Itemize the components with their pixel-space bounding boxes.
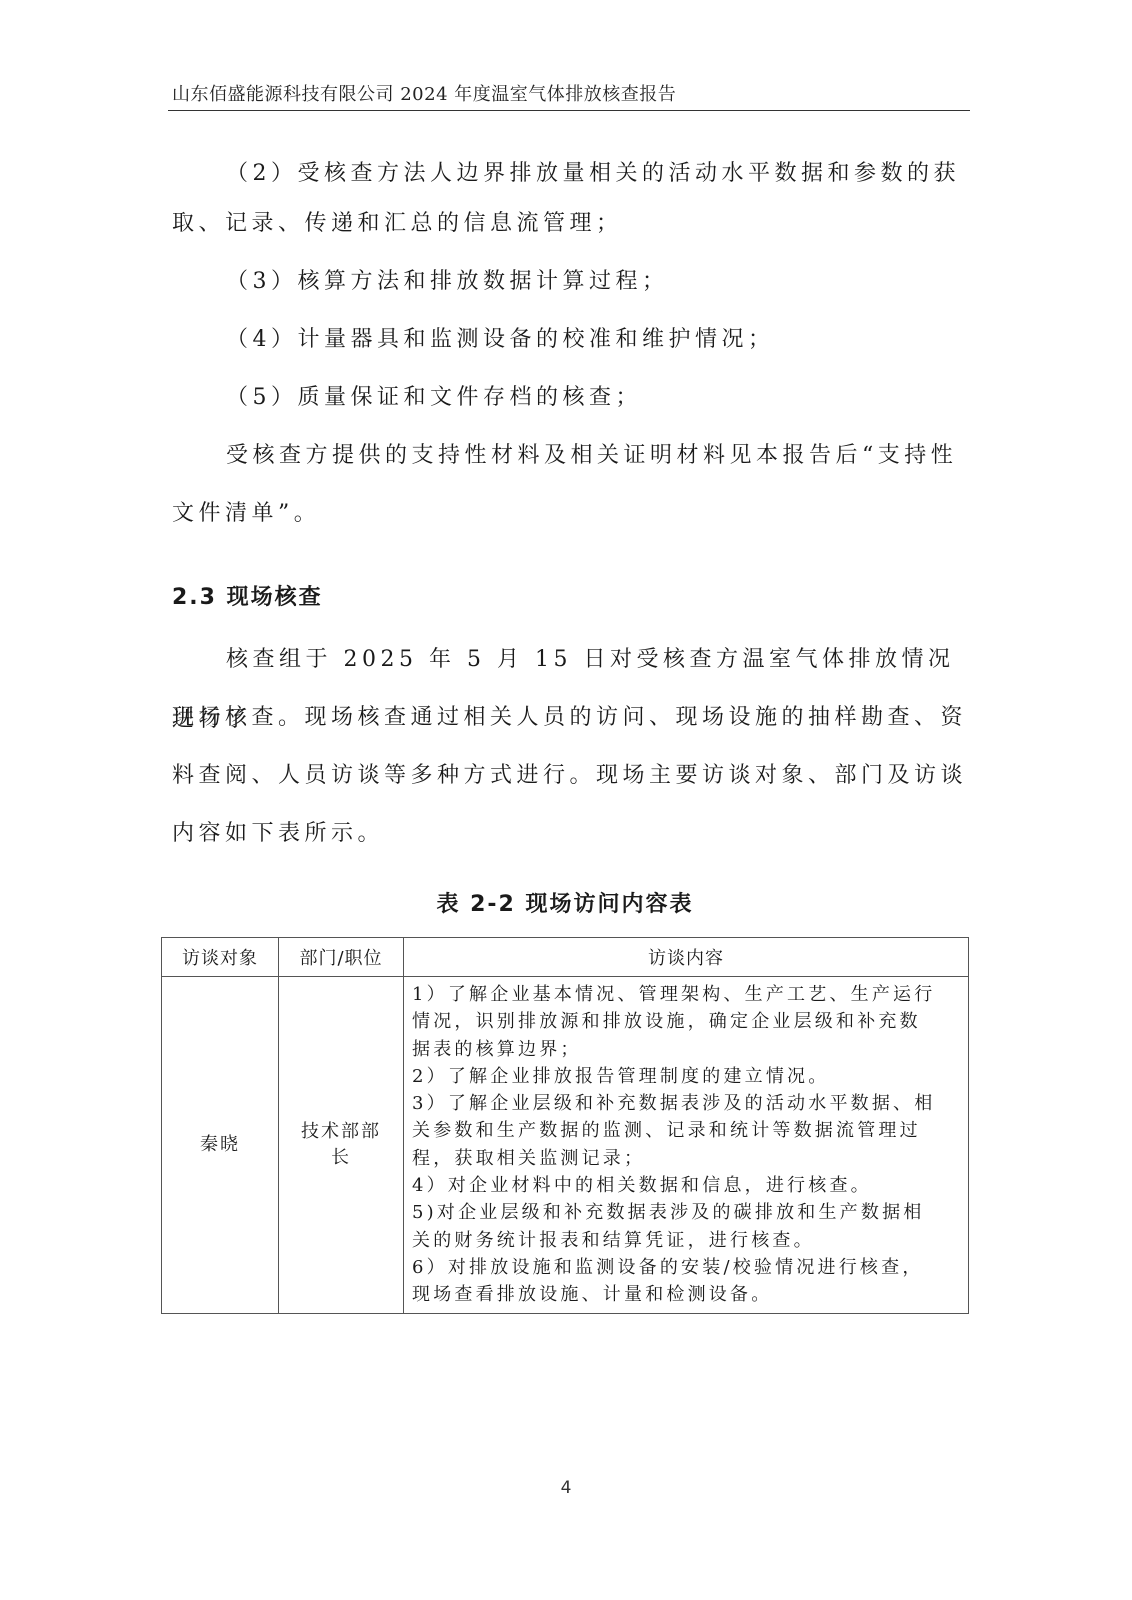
cell-department: 技术部部 长 (279, 977, 404, 1314)
section-heading: 2.3 现场核查 (172, 580, 323, 611)
cell-interviewee: 秦晓 (162, 977, 279, 1314)
content-line: 4）对企业材料中的相关数据和信息，进行核查。 (412, 1172, 960, 1199)
list-item-2-line2: 取、记录、传递和汇总的信息流管理； (172, 194, 970, 254)
running-header: 山东佰盛能源科技有限公司 2024 年度温室气体排放核查报告 (172, 80, 970, 106)
interview-table: 访谈对象 部门/职位 访谈内容 秦晓 技术部部 长 1）了解企业基本情况、管理架… (161, 937, 969, 1314)
list-item-3: （3）核算方法和排放数据计算过程； (172, 252, 970, 312)
header-content: 访谈内容 (404, 938, 969, 977)
content-line: 关的财务统计报表和结算凭证，进行核查。 (412, 1227, 960, 1254)
content-line: 2）了解企业排放报告管理制度的建立情况。 (412, 1063, 960, 1090)
list-item-4: （4）计量器具和监测设备的校准和维护情况； (172, 310, 970, 370)
content-line: 3）了解企业层级和补充数据表涉及的活动水平数据、相 (412, 1090, 960, 1117)
supporting-note-line2: 文件清单”。 (172, 484, 970, 544)
header-divider (168, 110, 970, 111)
content-line: 情况，识别排放源和排放设施，确定企业层级和补充数 (412, 1008, 960, 1035)
department-line2: 长 (279, 1145, 403, 1171)
section-body-line2: 现场核查。现场核查通过相关人员的访问、现场设施的抽样勘查、资 (172, 688, 970, 748)
content-line: 现场查看排放设施、计量和检测设备。 (412, 1281, 960, 1308)
page-number: 4 (0, 1478, 1132, 1498)
section-body-line4: 内容如下表所示。 (172, 804, 970, 864)
section-body-line3: 料查阅、人员访谈等多种方式进行。现场主要访谈对象、部门及访谈 (172, 746, 970, 806)
content-line: 关参数和生产数据的监测、记录和统计等数据流管理过 (412, 1117, 960, 1144)
header-interviewee: 访谈对象 (162, 938, 279, 977)
content-line: 5)对企业层级和补充数据表涉及的碳排放和生产数据相 (412, 1199, 960, 1226)
header-department: 部门/职位 (279, 938, 404, 977)
content-line: 1）了解企业基本情况、管理架构、生产工艺、生产运行 (412, 981, 960, 1008)
content-line: 据表的核算边界； (412, 1036, 960, 1063)
cell-content: 1）了解企业基本情况、管理架构、生产工艺、生产运行 情况，识别排放源和排放设施，… (404, 977, 969, 1314)
content-line: 6）对排放设施和监测设备的安装/校验情况进行核查， (412, 1254, 960, 1281)
table-row: 秦晓 技术部部 长 1）了解企业基本情况、管理架构、生产工艺、生产运行 情况，识… (162, 977, 969, 1314)
department-line1: 技术部部 (279, 1119, 403, 1145)
content-line: 程，获取相关监测记录； (412, 1145, 960, 1172)
list-item-5: （5）质量保证和文件存档的核查； (172, 368, 970, 428)
table-header-row: 访谈对象 部门/职位 访谈内容 (162, 938, 969, 977)
supporting-note-line1: 受核查方提供的支持性材料及相关证明材料见本报告后“支持性 (172, 426, 970, 486)
table-caption: 表 2-2 现场访问内容表 (161, 887, 969, 918)
